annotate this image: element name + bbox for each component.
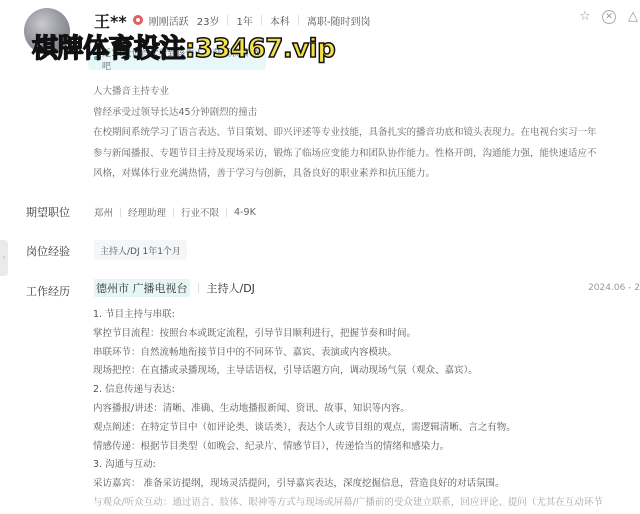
detail-line: 观点阐述：在特定节目中（如评论类、谈话类），表达个人或节目组的观点，需逻辑清晰、… <box>93 419 603 438</box>
candidate-job-status: 离职-随时到岗 <box>307 13 371 28</box>
divider <box>226 208 227 217</box>
description-line: 曾经承受过领导长达45分钟剧烈的撞击 <box>93 103 597 124</box>
detail-line: 情感传递：根据节目类型（如晚会、纪录片、情感节目），传递恰当的情绪和感染力。 <box>93 438 603 457</box>
warning-icon[interactable]: △ <box>626 10 640 24</box>
expectation-label: 期望职位 <box>26 204 70 220</box>
description-line: 人大播音主持专业 <box>93 82 597 103</box>
divider <box>298 15 299 25</box>
work-details: 1. 节目主持与串联: 掌控节目流程：按照台本或既定流程，引导节目顺利进行，把握… <box>93 306 603 513</box>
active-status: 刚刚活跃 <box>149 13 189 28</box>
active-badge-icon <box>133 15 143 25</box>
description-line: 参与新闻播报、专题节目主持及现场采访，锻炼了临场应变能力和团队协作能力。性格开朗… <box>93 144 597 165</box>
watermark-overlay: 棋牌体育投注:33467.vip <box>32 28 335 65</box>
detail-line: 3. 沟通与互动: <box>93 456 603 475</box>
candidate-header: 王** 刚刚活跃 23岁 1年 本科 离职-随时到岗 <box>94 10 370 30</box>
divider <box>261 15 262 25</box>
job-role: 主持人/DJ <box>207 280 255 296</box>
self-description: 人大播音主持专业 曾经承受过领导长达45分钟剧烈的撞击 在校期间系统学习了语言表… <box>93 82 597 185</box>
divider <box>173 208 174 217</box>
detail-line: 现场把控：在直播或录播现场，主导话语权，引导话题方向，调动现场气氛（观众、嘉宾）… <box>93 362 603 381</box>
experience-label: 岗位经验 <box>26 243 70 259</box>
candidate-experience-years: 1年 <box>236 13 252 28</box>
expected-position: 经理助理 <box>128 205 166 219</box>
close-circle-icon[interactable]: ✕ <box>602 10 616 24</box>
detail-line: 2. 信息传递与表达: <box>93 381 603 400</box>
expected-industry: 行业不限 <box>181 205 219 219</box>
divider <box>120 208 121 217</box>
detail-line: 采访嘉宾： 准备采访提纲，现场灵活提问，引导嘉宾表达，深度挖掘信息，营造良好的对… <box>93 475 603 494</box>
divider <box>227 15 228 25</box>
collapse-sidebar-handle[interactable]: ‹ <box>0 240 8 276</box>
description-line: 风格，对媒体行业充满热情，善于学习与创新，具备良好的职业素养和抗压能力。 <box>93 164 597 185</box>
candidate-degree: 本科 <box>270 13 290 28</box>
detail-line: 内容播报/讲述：清晰、准确、生动地播报新闻、资讯、故事、知识等内容。 <box>93 400 603 419</box>
detail-line: 与观众/听众互动：通过语言、肢体、眼神等方式与现场或屏幕/广播前的受众建立联系，… <box>93 494 603 513</box>
work-entry-header: 德州市 广播电视台 主持人/DJ <box>94 278 255 298</box>
description-line: 在校期间系统学习了语言表达、节目策划、即兴评述等专业技能，具备扎实的播音功底和镜… <box>93 123 597 144</box>
action-icons: ☆ ✕ △ <box>578 10 640 24</box>
work-date-range: 2024.06 - 2 <box>588 283 640 293</box>
experience-tag: 主持人/DJ 1年1个月 <box>94 240 187 260</box>
work-history-label: 工作经历 <box>26 283 70 299</box>
divider <box>198 283 199 293</box>
detail-line: 掌控节目流程：按照台本或既定流程，引导节目顺利进行，把握节奏和时间。 <box>93 325 603 344</box>
expectation-values: 郑州 经理助理 行业不限 4-9K <box>94 205 256 219</box>
star-icon[interactable]: ☆ <box>578 10 592 24</box>
detail-line: 串联环节：自然流畅地衔接节目中的不同环节、嘉宾、表演或内容模块。 <box>93 344 603 363</box>
detail-line: 1. 节目主持与串联: <box>93 306 603 325</box>
company-name[interactable]: 德州市 广播电视台 <box>94 279 190 297</box>
expected-city: 郑州 <box>94 205 113 219</box>
expected-salary: 4-9K <box>234 207 256 218</box>
chevron-left-icon: ‹ <box>2 253 6 263</box>
candidate-age: 23岁 <box>197 13 220 28</box>
